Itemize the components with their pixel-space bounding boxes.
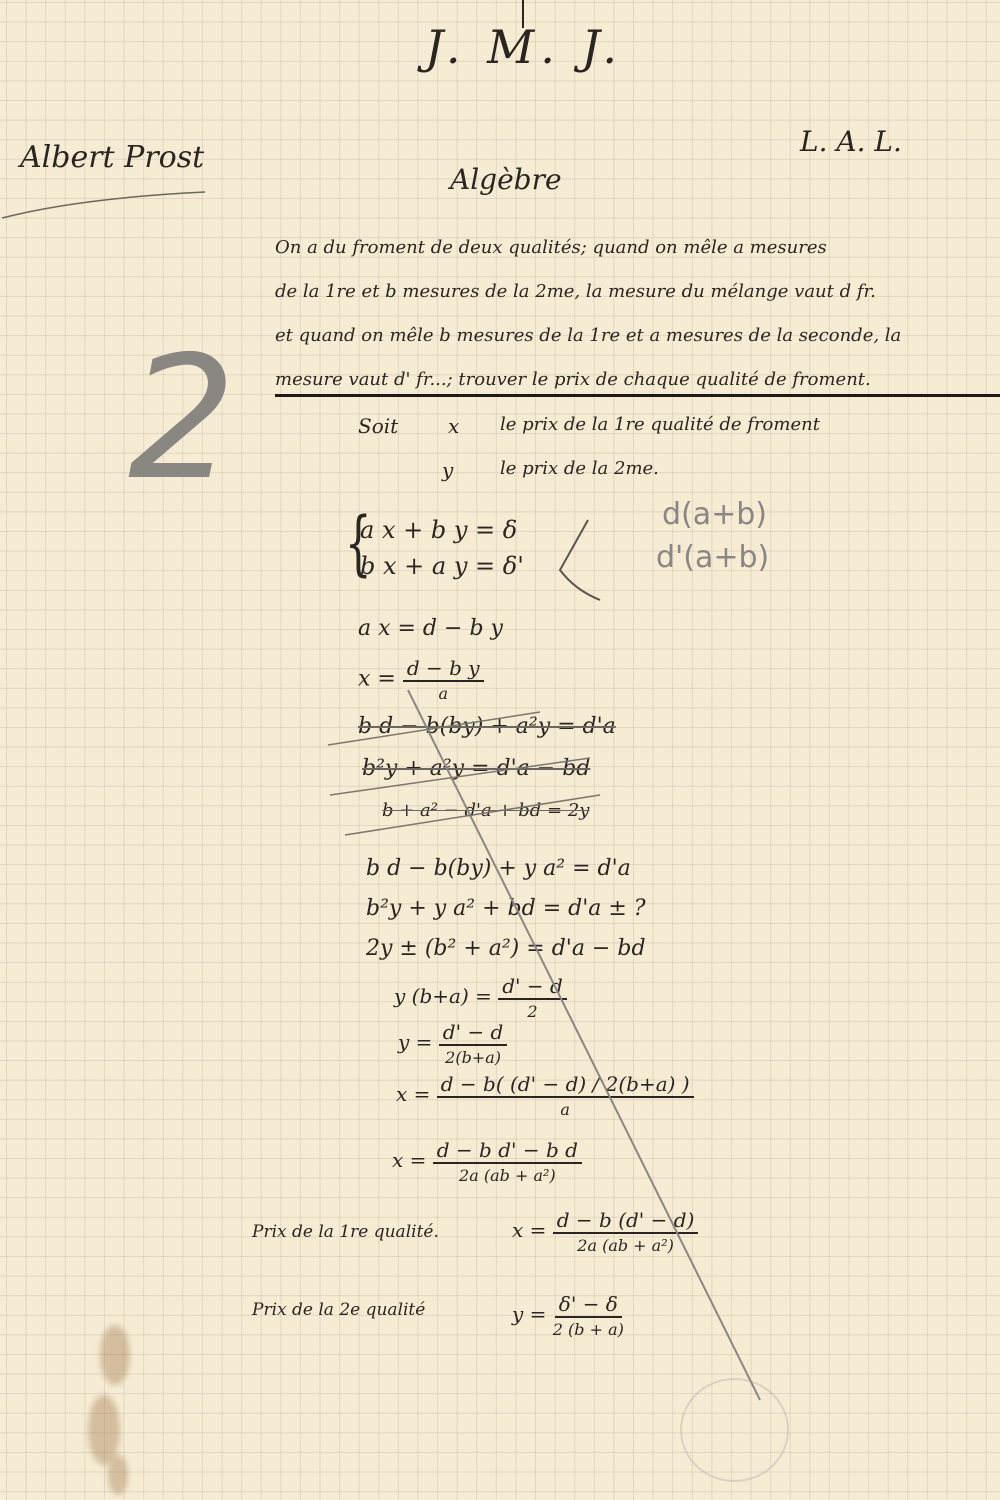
result-lhs: x = [512, 1218, 546, 1242]
pencil-note: d(a+b) [662, 497, 767, 532]
stain [100, 1325, 130, 1385]
fraction: d − b y a [403, 656, 484, 703]
struck-step-line: b²y + a²y = d'a − bd [362, 756, 590, 781]
step-lhs: x = [392, 1148, 426, 1172]
result-label-x: Prix de la 1re qualité. [252, 1222, 439, 1242]
fraction-numerator: d − b y [403, 656, 484, 682]
header-mark: J. M. J. [425, 20, 623, 74]
fraction: δ' − δ 2 (b + a) [553, 1292, 624, 1339]
library-stamp [680, 1378, 789, 1482]
struck-step-line: b d − b(by) + a²y = d'a [358, 714, 616, 739]
let-y-description: le prix de la 2me. [500, 458, 659, 479]
problem-line: et quand on mêle b mesures de la 1re et … [275, 314, 995, 358]
fraction: d − b( (d' − d) / 2(b+a) ) a [437, 1072, 694, 1119]
step-line: y (b+a) = d' − d 2 [394, 974, 567, 1021]
step-line: x = d − b d' − b d 2a (ab + a²) [392, 1138, 582, 1185]
fraction-denominator: 2 [527, 1000, 537, 1021]
fraction-numerator: d − b d' − b d [433, 1138, 582, 1164]
step-line: x = d − b y a [358, 656, 484, 703]
student-name: Albert Prost [20, 140, 204, 175]
system-equation-1: a x + b y = δ [360, 516, 517, 544]
fraction-numerator: d − b (d' − d) [553, 1208, 699, 1234]
subject-title: Algèbre [450, 163, 562, 196]
fraction-denominator: a [438, 682, 448, 703]
fraction-denominator: 2a (ab + a²) [459, 1164, 556, 1185]
separator-rule [275, 394, 1000, 397]
fraction-denominator: 2(b+a) [445, 1046, 501, 1067]
fraction: d − b d' − b d 2a (ab + a²) [433, 1138, 582, 1185]
fraction: d' − d 2(b+a) [439, 1020, 508, 1067]
fraction-numerator: d − b( (d' − d) / 2(b+a) ) [437, 1072, 694, 1098]
result-y: y = δ' − δ 2 (b + a) [512, 1292, 624, 1339]
problem-statement: On a du froment de deux qualités; quand … [275, 226, 995, 402]
fraction-denominator: 2a (ab + a²) [577, 1234, 674, 1255]
step-line: x = d − b( (d' − d) / 2(b+a) ) a [396, 1072, 694, 1119]
step-line: b²y + y a² + bd = d'a ± ? [366, 896, 646, 921]
result-lhs: y = [512, 1302, 546, 1326]
initials: L. A. L. [800, 125, 902, 158]
problem-line: On a du froment de deux qualités; quand … [275, 226, 995, 270]
var-y: y [442, 458, 453, 482]
let-x-description: le prix de la 1re qualité de froment [500, 414, 820, 435]
system-equation-2: b x + a y = δ' [360, 552, 524, 580]
fraction: d' − d 2 [498, 974, 567, 1021]
step-line: 2y ± (b² + a²) = d'a − bd [366, 936, 646, 961]
fraction-denominator: a [560, 1098, 570, 1119]
step-lhs: x = [358, 667, 396, 692]
fraction-numerator: δ' − δ [555, 1292, 622, 1318]
fraction-numerator: d' − d [498, 974, 567, 1000]
problem-line: de la 1re et b mesures de la 2me, la mes… [275, 270, 995, 314]
result-x: x = d − b (d' − d) 2a (ab + a²) [512, 1208, 698, 1255]
sheet-number: 2 [128, 320, 236, 518]
pencil-cancellation-marks [0, 0, 1000, 1500]
pencil-note: d'(a+b) [656, 540, 769, 575]
manuscript-page: J. M. J. Albert Prost L. A. L. Algèbre 2… [0, 0, 1000, 1500]
step-line: y = d' − d 2(b+a) [398, 1020, 507, 1067]
step-line: a x = d − b y [358, 616, 503, 641]
step-line: b d − b(by) + y a² = d'a [366, 856, 631, 881]
struck-step-line: b + a² − d'a + bd = 2y [382, 800, 589, 821]
fraction: d − b (d' − d) 2a (ab + a²) [553, 1208, 699, 1255]
var-x: x [448, 414, 459, 438]
fraction-numerator: d' − d [439, 1020, 508, 1046]
step-lhs: y = [398, 1030, 432, 1054]
stain [108, 1455, 128, 1495]
result-label-y: Prix de la 2e qualité [252, 1300, 425, 1320]
step-lhs: y (b+a) = [394, 984, 492, 1008]
let-prefix: Soit [358, 414, 398, 438]
step-lhs: x = [396, 1082, 430, 1106]
name-underline-flourish [0, 190, 210, 220]
fraction-denominator: 2 (b + a) [553, 1318, 624, 1339]
